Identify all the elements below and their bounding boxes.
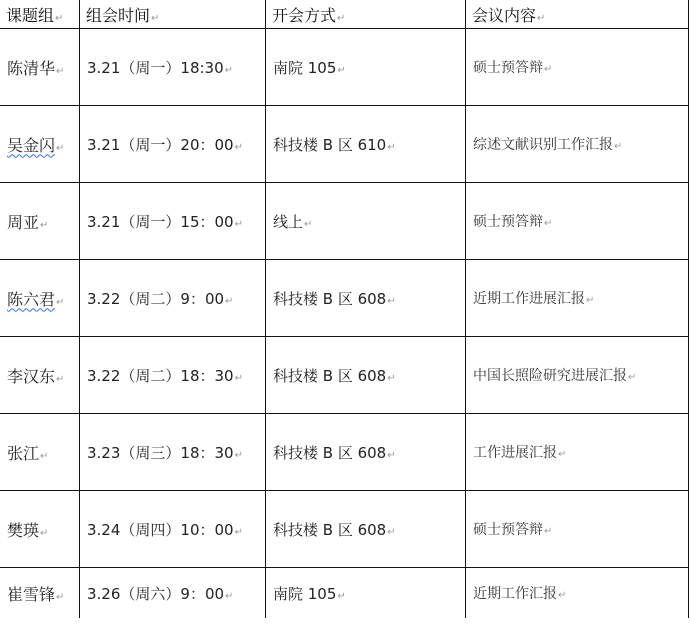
cell-content-text: 近期工作汇报 <box>473 586 557 602</box>
paragraph-mark-icon: ↵ <box>40 451 48 462</box>
cell-group-text: 樊瑛 <box>7 521 39 540</box>
cell-content: 综述文献识别工作汇报↵ <box>466 106 689 183</box>
cell-location: 南院 105↵ <box>266 568 466 619</box>
cell-content-text: 硕士预答辩 <box>473 522 543 538</box>
cell-location: 科技楼 B 区 608↵ <box>266 337 466 414</box>
cell-group-text: 吴金闪 <box>7 136 55 155</box>
cell-group: 陈六君↵ <box>0 260 80 337</box>
cell-location: 科技楼 B 区 608↵ <box>266 414 466 491</box>
cell-location: 科技楼 B 区 608↵ <box>266 260 466 337</box>
cell-time: 3.23（周三）18：30↵ <box>80 414 266 491</box>
meeting-schedule-table: 课题组↵ 组会时间↵ 开会方式↵ 会议内容↵ 陈清华↵3.21（周一）18:30… <box>0 0 689 618</box>
cell-time-text: 3.24（周四）10：00 <box>87 521 234 539</box>
header-location-label: 开会方式 <box>272 6 336 25</box>
paragraph-mark-icon: ↵ <box>235 527 243 538</box>
cell-content: 硕士预答辩↵ <box>466 183 689 260</box>
paragraph-mark-icon: ↵ <box>56 143 64 154</box>
cell-time: 3.21（周一）15：00↵ <box>80 183 266 260</box>
paragraph-mark-icon: ↵ <box>387 373 395 384</box>
cell-group: 张江↵ <box>0 414 80 491</box>
cell-content: 工作进展汇报↵ <box>466 414 689 491</box>
paragraph-mark-icon: ↵ <box>337 65 345 76</box>
table-row: 崔雪锋↵3.26（周六）9：00↵南院 105↵近期工作汇报↵ <box>0 568 689 619</box>
cell-time-text: 3.21（周一）20：00 <box>87 136 234 154</box>
cell-group: 吴金闪↵ <box>0 106 80 183</box>
cell-group-text: 周亚 <box>7 213 39 232</box>
cell-time-text: 3.26（周六）9：00 <box>87 585 224 603</box>
cell-location-text: 科技楼 B 区 608 <box>273 521 386 539</box>
table-row: 陈清华↵3.21（周一）18:30↵南院 105↵硕士预答辩↵ <box>0 29 689 106</box>
cell-time-text: 3.23（周三）18：30 <box>87 444 234 462</box>
cell-time-text: 3.21（周一）18:30 <box>87 59 224 77</box>
header-content: 会议内容↵ <box>466 0 689 29</box>
paragraph-mark-icon: ↵ <box>151 13 159 24</box>
paragraph-mark-icon: ↵ <box>56 592 64 603</box>
cell-group-text: 陈六君 <box>7 290 55 309</box>
header-location: 开会方式↵ <box>266 0 466 29</box>
cell-content-text: 硕士预答辩 <box>473 60 543 76</box>
cell-location-text: 科技楼 B 区 608 <box>273 367 386 385</box>
paragraph-mark-icon: ↵ <box>40 220 48 231</box>
cell-content: 近期工作进展汇报↵ <box>466 260 689 337</box>
paragraph-mark-icon: ↵ <box>537 13 545 24</box>
cell-time-text: 3.22（周二）18：30 <box>87 367 234 385</box>
header-group-label: 课题组 <box>6 6 54 25</box>
cell-location: 线上↵ <box>266 183 466 260</box>
paragraph-mark-icon: ↵ <box>235 450 243 461</box>
cell-content: 近期工作汇报↵ <box>466 568 689 619</box>
table-row: 张江↵3.23（周三）18：30↵科技楼 B 区 608↵工作进展汇报↵ <box>0 414 689 491</box>
cell-content-text: 硕士预答辩 <box>473 214 543 230</box>
paragraph-mark-icon: ↵ <box>337 591 345 602</box>
cell-location-text: 科技楼 B 区 608 <box>273 290 386 308</box>
paragraph-mark-icon: ↵ <box>387 296 395 307</box>
cell-location-text: 科技楼 B 区 610 <box>273 136 386 154</box>
cell-content-text: 综述文献识别工作汇报 <box>473 137 613 153</box>
cell-time: 3.22（周二）9：00↵ <box>80 260 266 337</box>
paragraph-mark-icon: ↵ <box>387 450 395 461</box>
paragraph-mark-icon: ↵ <box>55 13 63 24</box>
table-header-row: 课题组↵ 组会时间↵ 开会方式↵ 会议内容↵ <box>0 0 689 29</box>
cell-location: 科技楼 B 区 610↵ <box>266 106 466 183</box>
cell-location-text: 南院 105 <box>273 59 336 77</box>
table-row: 吴金闪↵3.21（周一）20：00↵科技楼 B 区 610↵综述文献识别工作汇报… <box>0 106 689 183</box>
cell-time-text: 3.21（周一）15：00 <box>87 213 234 231</box>
paragraph-mark-icon: ↵ <box>235 142 243 153</box>
paragraph-mark-icon: ↵ <box>40 528 48 539</box>
cell-content: 中国长照险研究进展汇报↵ <box>466 337 689 414</box>
paragraph-mark-icon: ↵ <box>614 141 622 152</box>
cell-group: 陈清华↵ <box>0 29 80 106</box>
cell-location-text: 线上 <box>273 213 303 231</box>
cell-location: 南院 105↵ <box>266 29 466 106</box>
cell-group-text: 张江 <box>7 444 39 463</box>
table-row: 陈六君↵3.22（周二）9：00↵科技楼 B 区 608↵近期工作进展汇报↵ <box>0 260 689 337</box>
cell-location: 科技楼 B 区 608↵ <box>266 491 466 568</box>
paragraph-mark-icon: ↵ <box>225 65 233 76</box>
paragraph-mark-icon: ↵ <box>337 13 345 24</box>
cell-group: 李汉东↵ <box>0 337 80 414</box>
paragraph-mark-icon: ↵ <box>235 219 243 230</box>
cell-content-text: 中国长照险研究进展汇报 <box>473 368 627 384</box>
header-time-label: 组会时间 <box>86 6 150 25</box>
cell-group: 周亚↵ <box>0 183 80 260</box>
cell-location-text: 科技楼 B 区 608 <box>273 444 386 462</box>
paragraph-mark-icon: ↵ <box>56 66 64 77</box>
cell-time: 3.21（周一）18:30↵ <box>80 29 266 106</box>
cell-group-text: 陈清华 <box>7 59 55 78</box>
cell-content-text: 近期工作进展汇报 <box>473 291 585 307</box>
table-row: 周亚↵3.21（周一）15：00↵线上↵硕士预答辩↵ <box>0 183 689 260</box>
cell-content-text: 工作进展汇报 <box>473 445 557 461</box>
cell-time: 3.22（周二）18：30↵ <box>80 337 266 414</box>
table-row: 李汉东↵3.22（周二）18：30↵科技楼 B 区 608↵中国长照险研究进展汇… <box>0 337 689 414</box>
cell-content: 硕士预答辩↵ <box>466 491 689 568</box>
paragraph-mark-icon: ↵ <box>544 64 552 75</box>
cell-time: 3.21（周一）20：00↵ <box>80 106 266 183</box>
header-time: 组会时间↵ <box>80 0 266 29</box>
header-content-label: 会议内容 <box>472 6 536 25</box>
cell-time-text: 3.22（周二）9：00 <box>87 290 224 308</box>
paragraph-mark-icon: ↵ <box>235 373 243 384</box>
cell-group-text: 李汉东 <box>7 367 55 386</box>
cell-time: 3.24（周四）10：00↵ <box>80 491 266 568</box>
cell-group: 樊瑛↵ <box>0 491 80 568</box>
header-group: 课题组↵ <box>0 0 80 29</box>
paragraph-mark-icon: ↵ <box>628 372 636 383</box>
paragraph-mark-icon: ↵ <box>586 295 594 306</box>
paragraph-mark-icon: ↵ <box>558 449 566 460</box>
cell-time: 3.26（周六）9：00↵ <box>80 568 266 619</box>
paragraph-mark-icon: ↵ <box>225 296 233 307</box>
paragraph-mark-icon: ↵ <box>56 374 64 385</box>
paragraph-mark-icon: ↵ <box>558 590 566 601</box>
paragraph-mark-icon: ↵ <box>304 219 312 230</box>
paragraph-mark-icon: ↵ <box>387 527 395 538</box>
paragraph-mark-icon: ↵ <box>544 526 552 537</box>
cell-group: 崔雪锋↵ <box>0 568 80 619</box>
paragraph-mark-icon: ↵ <box>544 218 552 229</box>
cell-group-text: 崔雪锋 <box>7 585 55 604</box>
paragraph-mark-icon: ↵ <box>387 142 395 153</box>
table-row: 樊瑛↵3.24（周四）10：00↵科技楼 B 区 608↵硕士预答辩↵ <box>0 491 689 568</box>
cell-content: 硕士预答辩↵ <box>466 29 689 106</box>
paragraph-mark-icon: ↵ <box>225 591 233 602</box>
cell-location-text: 南院 105 <box>273 585 336 603</box>
paragraph-mark-icon: ↵ <box>56 297 64 308</box>
